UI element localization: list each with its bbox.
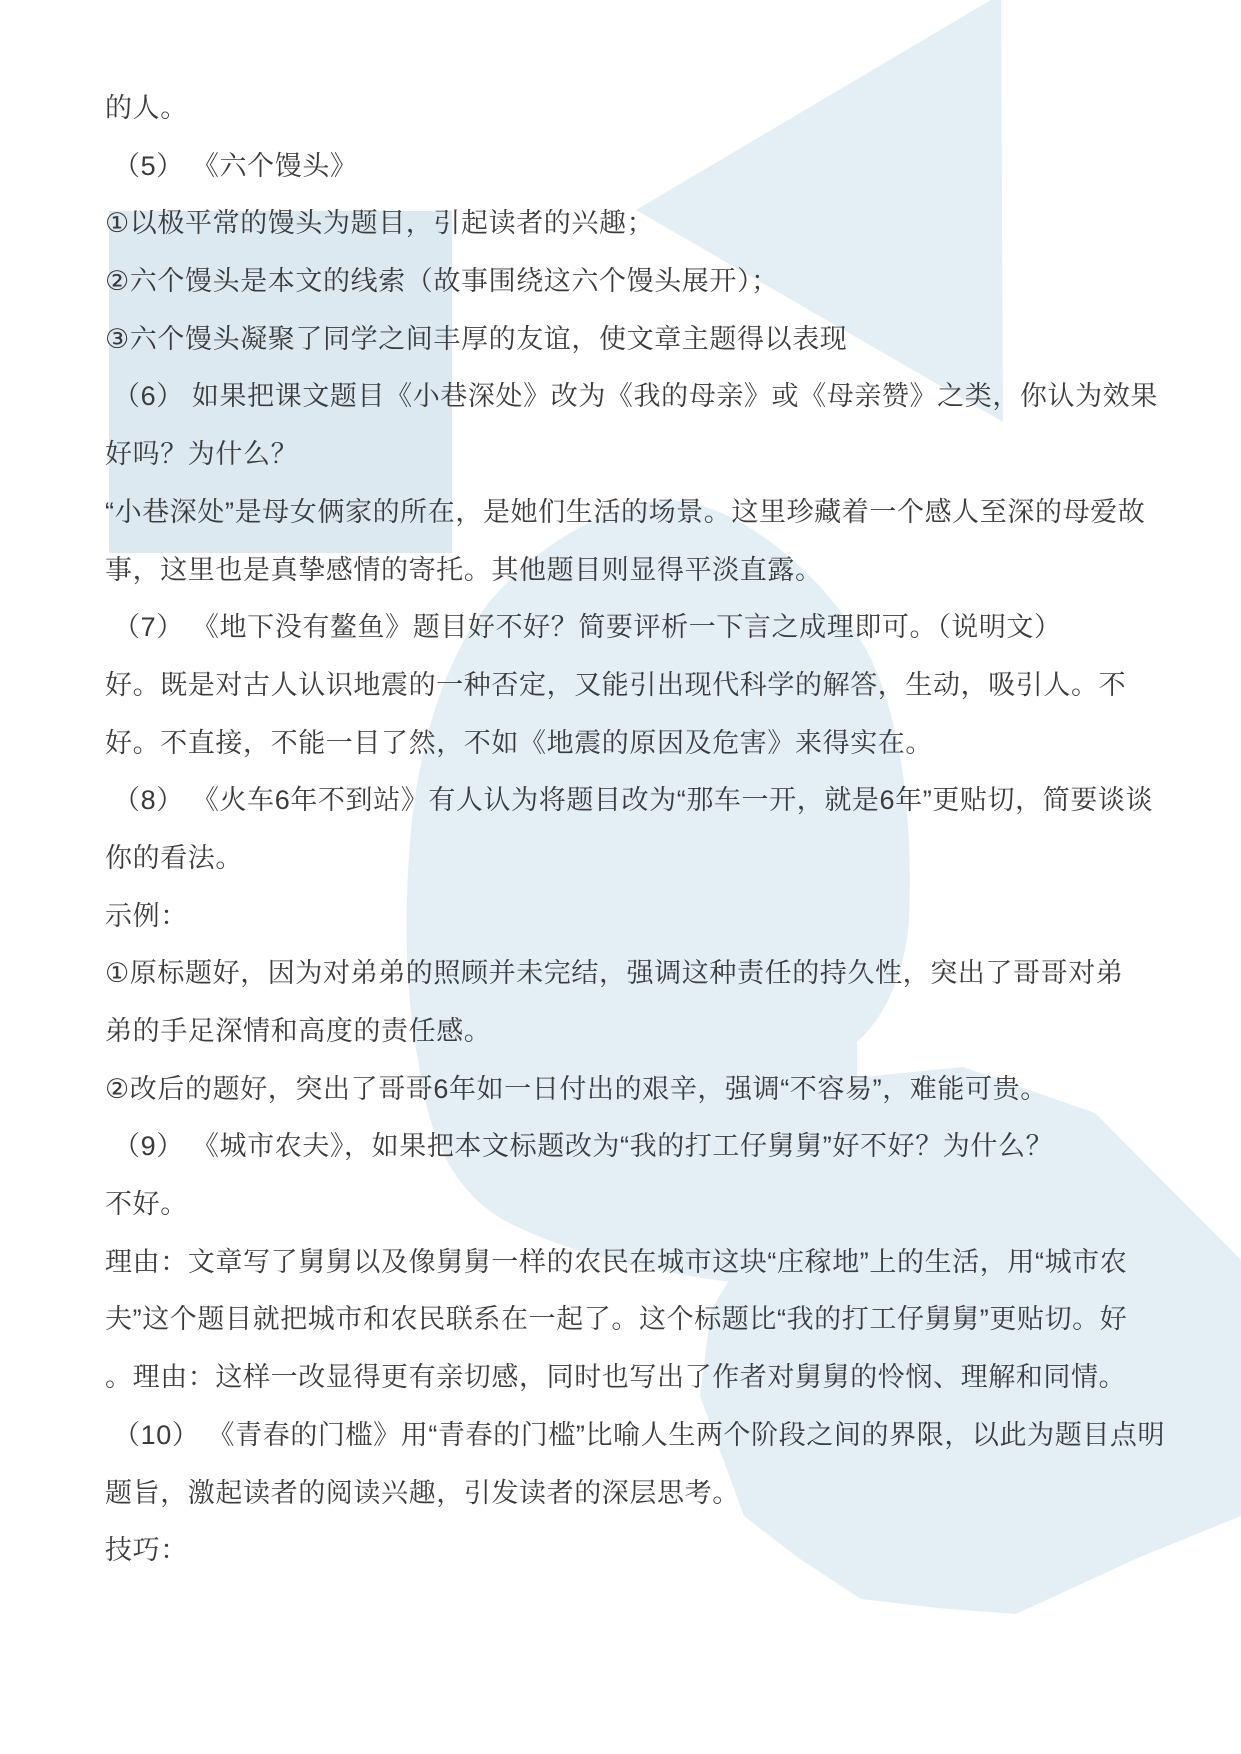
text-line: （10） 《青春的门槛》用“青春的门槛”比喻人生两个阶段之间的界限，以此为题目点… <box>105 1407 1165 1465</box>
text-line: （9） 《城市农夫》，如果把本文标题改为“我的打工仔舅舅”好不好？为什么？ <box>105 1118 1165 1176</box>
text-line: 的人。 <box>105 80 1165 138</box>
text-line: 。理由：这样一改显得更有亲切感，同时也写出了作者对舅舅的怜悯、理解和同情。 <box>105 1349 1165 1407</box>
text-line: ②改后的题好，突出了哥哥6年如一日付出的艰辛，强调“不容易”，难能可贵。 <box>105 1061 1165 1119</box>
text-line: 理由：文章写了舅舅以及像舅舅一样的农民在城市这块“庄稼地”上的生活，用“城市农 <box>105 1234 1165 1292</box>
text-line: 好。既是对古人认识地震的一种否定，又能引出现代科学的解答，生动，吸引人。不 <box>105 657 1165 715</box>
document-page: 的人。 （5） 《六个馒头》 ①以极平常的馒头为题目，引起读者的兴趣； ②六个馒… <box>0 0 1241 1754</box>
text-line: ③六个馒头凝聚了同学之间丰厚的友谊，使文章主题得以表现 <box>105 311 1165 369</box>
text-line: ②六个馒头是本文的线索（故事围绕这六个馒头展开）； <box>105 253 1165 311</box>
text-line: 弟的手足深情和高度的责任感。 <box>105 1003 1165 1061</box>
text-line: “小巷深处”是母女俩家的所在，是她们生活的场景。这里珍藏着一个感人至深的母爱故 <box>105 484 1165 542</box>
document-body: 的人。 （5） 《六个馒头》 ①以极平常的馒头为题目，引起读者的兴趣； ②六个馒… <box>105 80 1165 1580</box>
text-line: （8） 《火车6年不到站》有人认为将题目改为“那车一开，就是6年”更贴切，简要谈… <box>105 772 1165 830</box>
text-line: ①原标题好，因为对弟弟的照顾并未完结，强调这种责任的持久性，突出了哥哥对弟 <box>105 945 1165 1003</box>
text-line: （7） 《地下没有鳌鱼》题目好不好？简要评析一下言之成理即可。（说明文） <box>105 599 1165 657</box>
text-line: （5） 《六个馒头》 <box>105 138 1165 196</box>
text-line: 你的看法。 <box>105 830 1165 888</box>
text-line: （6） 如果把课文题目《小巷深处》改为《我的母亲》或《母亲赞》之类，你认为效果 <box>105 368 1165 426</box>
text-line: ①以极平常的馒头为题目，引起读者的兴趣； <box>105 195 1165 253</box>
text-line: 好吗？为什么？ <box>105 426 1165 484</box>
text-line: 不好。 <box>105 1176 1165 1234</box>
text-line: 夫”这个题目就把城市和农民联系在一起了。这个标题比“我的打工仔舅舅”更贴切。好 <box>105 1291 1165 1349</box>
text-line: 事，这里也是真挚感情的寄托。其他题目则显得平淡直露。 <box>105 542 1165 600</box>
text-line: 示例： <box>105 888 1165 946</box>
text-line: 好。不直接，不能一目了然，不如《地震的原因及危害》来得实在。 <box>105 715 1165 773</box>
text-line: 技巧： <box>105 1522 1165 1580</box>
text-line: 题旨，激起读者的阅读兴趣，引发读者的深层思考。 <box>105 1465 1165 1523</box>
